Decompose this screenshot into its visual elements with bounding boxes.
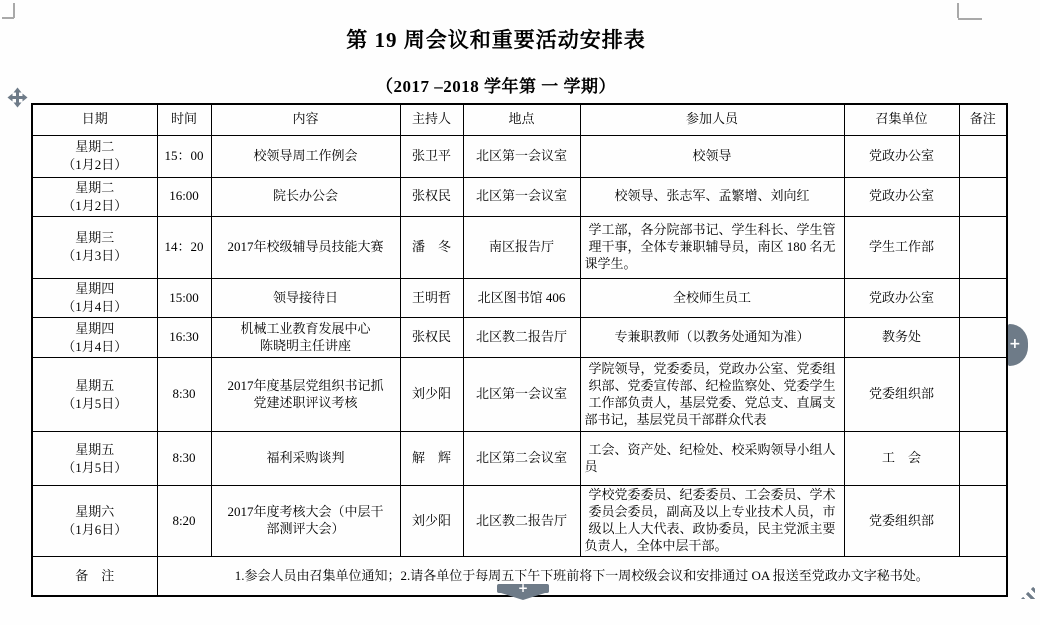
chevron-down-icon: [501, 593, 545, 600]
col-header-content: 内容: [211, 104, 400, 135]
content-cell: 2017年校级辅导员技能大赛: [211, 216, 400, 278]
organizer-cell: 党政办公室: [844, 177, 959, 216]
host-cell: 张卫平: [400, 135, 463, 177]
participants-cell: 专兼职教师（以教务处通知为准）: [580, 318, 844, 358]
remarks-text-cell: 1.参会人员由召集单位通知；2.请各单位于每周五下午下班前将下一周校级会议和安排…: [157, 556, 1007, 596]
page-subtitle: （2017 –2018 学年第 一 学期）: [0, 72, 992, 97]
table-row: 星期五（1月5日） 8:30 2017年度基层党组织书记抓 党建述职评议考核 刘…: [32, 358, 1007, 432]
crop-mark-top-left-vertical: [13, 3, 15, 18]
date-cell: 星期二（1月2日）: [32, 135, 157, 177]
location-cell: 北区教二报告厅: [463, 486, 580, 557]
content-cell: 领导接待日: [211, 278, 400, 317]
insert-row-handle[interactable]: +: [497, 583, 549, 601]
participants-cell: 校领导: [580, 135, 844, 177]
host-cell: 刘少阳: [400, 486, 463, 557]
host-cell: 王明哲: [400, 278, 463, 317]
organizer-cell: 工 会: [844, 432, 959, 486]
organizer-cell: 教务处: [844, 318, 959, 358]
col-header-time: 时间: [157, 104, 211, 135]
organizer-cell: 党委组织部: [844, 358, 959, 432]
organizer-cell: 学生工作部: [844, 216, 959, 278]
time-cell: 15:00: [157, 278, 211, 317]
table-row: 星期二（1月2日） 16:00 院长办公会 张权民 北区第一会议室 校领导、张志…: [32, 177, 1007, 216]
insert-column-handle[interactable]: +: [1008, 324, 1028, 366]
content-cell: 2017年度基层党组织书记抓 党建述职评议考核: [211, 358, 400, 432]
time-cell: 8:20: [157, 486, 211, 557]
participants-cell: 校领导、张志军、孟繁增、刘向红: [580, 177, 844, 216]
col-header-participants: 参加人员: [580, 104, 844, 135]
location-cell: 北区第二会议室: [463, 432, 580, 486]
host-cell: 解 辉: [400, 432, 463, 486]
participants-cell: 全校师生员工: [580, 278, 844, 317]
date-cell: 星期四（1月4日）: [32, 278, 157, 317]
crop-mark-top-right-horizontal: [958, 18, 982, 20]
note-cell: [959, 177, 1007, 216]
location-cell: 北区第一会议室: [463, 358, 580, 432]
crop-mark-top-right-vertical: [957, 3, 959, 18]
participants-cell: 工会、资产处、纪检处、校采购领导小组人员: [580, 432, 844, 486]
table-row: 星期六（1月6日） 8:20 2017年度考核大会（中层干 部测评大会） 刘少阳…: [32, 486, 1007, 557]
content-cell: 2017年度考核大会（中层干 部测评大会）: [211, 486, 400, 557]
note-cell: [959, 278, 1007, 317]
location-cell: 北区第一会议室: [463, 135, 580, 177]
table-row: 星期二（1月2日） 15：00 校领导周工作例会 张卫平 北区第一会议室 校领导…: [32, 135, 1007, 177]
location-cell: 北区教二报告厅: [463, 318, 580, 358]
time-cell: 8:30: [157, 358, 211, 432]
col-header-note: 备注: [959, 104, 1007, 135]
note-cell: [959, 432, 1007, 486]
time-cell: 14：20: [157, 216, 211, 278]
remarks-label-cell: 备 注: [32, 556, 157, 596]
host-cell: 张权民: [400, 318, 463, 358]
col-header-host: 主持人: [400, 104, 463, 135]
date-cell: 星期六（1月6日）: [32, 486, 157, 557]
participants-cell: 学院领导，党委委员，党政办公室、党委组织部、党委宣传部、纪检监察处、党委学生工作…: [580, 358, 844, 432]
organizer-cell: 党政办公室: [844, 135, 959, 177]
content-cell: 福利采购谈判: [211, 432, 400, 486]
organizer-cell: 党委组织部: [844, 486, 959, 557]
crop-mark-top-left-horizontal: [2, 17, 14, 19]
plus-icon: +: [497, 583, 549, 593]
schedule-table: 日期 时间 内容 主持人 地点 参加人员 召集单位 备注 星期二（1月2日） 1…: [31, 103, 1008, 597]
note-cell: [959, 486, 1007, 557]
plus-icon: +: [1009, 339, 1020, 350]
time-cell: 8:30: [157, 432, 211, 486]
table-row: 星期四（1月4日） 15:00 领导接待日 王明哲 北区图书馆 406 全校师生…: [32, 278, 1007, 317]
col-header-organizer: 召集单位: [844, 104, 959, 135]
header-row: 日期 时间 内容 主持人 地点 参加人员 召集单位 备注: [32, 104, 1007, 135]
note-cell: [959, 358, 1007, 432]
date-cell: 星期五（1月5日）: [32, 432, 157, 486]
page-title: 第 19 周会议和重要活动安排表: [0, 24, 992, 54]
participants-cell: 学工部，各分院部书记、学生科长、学生管理干事，全体专兼职辅导员，南区 180 名…: [580, 216, 844, 278]
host-cell: 刘少阳: [400, 358, 463, 432]
location-cell: 南区报告厅: [463, 216, 580, 278]
time-cell: 16:00: [157, 177, 211, 216]
participants-cell: 学校党委委员、纪委委员、工会委员、学术委员会委员，副高及以上专业技术人员，市级以…: [580, 486, 844, 557]
host-cell: 张权民: [400, 177, 463, 216]
note-cell: [959, 216, 1007, 278]
table-row: 星期五（1月5日） 8:30 福利采购谈判 解 辉 北区第二会议室 工会、资产处…: [32, 432, 1007, 486]
content-cell: 院长办公会: [211, 177, 400, 216]
location-cell: 北区第一会议室: [463, 177, 580, 216]
table-row: 星期四（1月4日） 16:30 机械工业教育发展中心 陈晓明主任讲座 张权民 北…: [32, 318, 1007, 358]
document-page: 第 19 周会议和重要活动安排表 （2017 –2018 学年第 一 学期） 日…: [0, 0, 1040, 625]
note-cell: [959, 318, 1007, 358]
table-resize-icon[interactable]: [1021, 585, 1035, 599]
date-cell: 星期四（1月4日）: [32, 318, 157, 358]
time-cell: 15：00: [157, 135, 211, 177]
table-row: 星期三（1月3日） 14：20 2017年校级辅导员技能大赛 潘 冬 南区报告厅…: [32, 216, 1007, 278]
content-cell: 机械工业教育发展中心 陈晓明主任讲座: [211, 318, 400, 358]
date-cell: 星期五（1月5日）: [32, 358, 157, 432]
location-cell: 北区图书馆 406: [463, 278, 580, 317]
date-cell: 星期三（1月3日）: [32, 216, 157, 278]
date-cell: 星期二（1月2日）: [32, 177, 157, 216]
col-header-date: 日期: [32, 104, 157, 135]
col-header-location: 地点: [463, 104, 580, 135]
note-cell: [959, 135, 1007, 177]
time-cell: 16:30: [157, 318, 211, 358]
content-cell: 校领导周工作例会: [211, 135, 400, 177]
organizer-cell: 党政办公室: [844, 278, 959, 317]
host-cell: 潘 冬: [400, 216, 463, 278]
